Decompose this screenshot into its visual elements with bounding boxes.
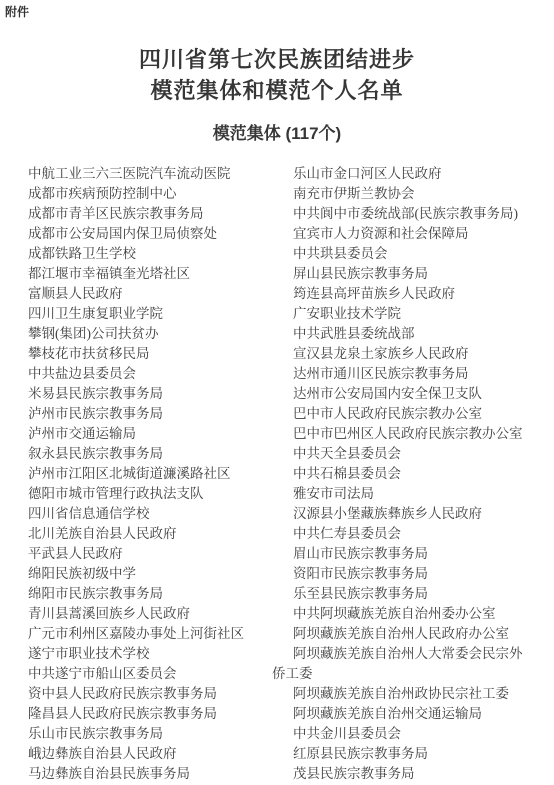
list-item: 雅安市司法局 — [272, 484, 554, 504]
list-item: 峨边彝族自治县人民政府 — [28, 744, 272, 764]
list-item: 成都市公安局国内保卫局侦察处 — [28, 224, 272, 244]
list-item: 屏山县民族宗教事务局 — [272, 264, 554, 284]
list-item: 成都市疾病预防控制中心 — [28, 184, 272, 204]
list-item: 乐山市民族宗教事务局 — [28, 724, 272, 744]
title-line-1: 四川省第七次民族团结进步 — [0, 44, 554, 75]
list-item: 宣汉县龙泉土家族乡人民政府 — [272, 344, 554, 364]
list-item: 中共天全县委员会 — [272, 444, 554, 464]
list-item: 平武县人民政府 — [28, 544, 272, 564]
list-item: 中共盐边县委员会 — [28, 364, 272, 384]
list-item: 中共金川县委员会 — [272, 724, 554, 744]
list-item: 中共阆中市委统战部(民族宗教事务局) — [272, 204, 554, 224]
list-item: 阿坝藏族羌族自治州交通运输局 — [272, 704, 554, 724]
list-item: 绵阳市民族宗教事务局 — [28, 584, 272, 604]
list-item: 绵阳民族初级中学 — [28, 564, 272, 584]
list-item: 广元市利州区嘉陵办事处上河街社区 — [28, 624, 272, 644]
list-item: 资阳市民族宗教事务局 — [272, 564, 554, 584]
list-item: 四川省信息通信学校 — [28, 504, 272, 524]
section-heading: 模范集体 (117个) — [0, 123, 554, 145]
list-item: 德阳市城市管理行政执法支队 — [28, 484, 272, 504]
list-item: 北川羌族自治县人民政府 — [28, 524, 272, 544]
list-item: 马边彝族自治县民族事务局 — [28, 764, 272, 784]
list-item: 遂宁市职业技术学校 — [28, 644, 272, 664]
list-item: 阿坝藏族羌族自治州人大常委会民宗外 — [272, 644, 554, 664]
list-item: 叙永县民族宗教事务局 — [28, 444, 272, 464]
document-page: 附件 四川省第七次民族团结进步 模范集体和模范个人名单 模范集体 (117个) … — [0, 0, 554, 785]
list-item: 攀钢(集团)公司扶贫办 — [28, 324, 272, 344]
list-item: 米易县民族宗教事务局 — [28, 384, 272, 404]
list-item: 汉源县小堡藏族彝族乡人民政府 — [272, 504, 554, 524]
list-item: 侨工委 — [272, 664, 554, 684]
list-item: 达州市通川区民族宗教事务局 — [272, 364, 554, 384]
list-item: 南充市伊斯兰教协会 — [272, 184, 554, 204]
right-column: 乐山市金口河区人民政府南充市伊斯兰教协会中共阆中市委统战部(民族宗教事务局)宜宾… — [272, 164, 554, 784]
list-item: 巴中市人民政府民族宗教办公室 — [272, 404, 554, 424]
list-item: 茂县民族宗教事务局 — [272, 764, 554, 784]
list-item: 中共石棉县委员会 — [272, 464, 554, 484]
list-item: 乐山市金口河区人民政府 — [272, 164, 554, 184]
attachment-label: 附件 — [5, 3, 29, 20]
list-item: 富顺县人民政府 — [28, 284, 272, 304]
list-item: 阿坝藏族羌族自治州政协民宗社工委 — [272, 684, 554, 704]
list-item: 达州市公安局国内安全保卫支队 — [272, 384, 554, 404]
list-item: 四川卫生康复职业学院 — [28, 304, 272, 324]
list-item: 中共武胜县委统战部 — [272, 324, 554, 344]
list-item: 攀枝花市扶贫移民局 — [28, 344, 272, 364]
list-item: 泸州市江阳区北城街道濂溪路社区 — [28, 464, 272, 484]
list-item: 青川县蒿溪回族乡人民政府 — [28, 604, 272, 624]
left-column: 中航工业三六三医院汽车流动医院成都市疾病预防控制中心成都市青羊区民族宗教事务局成… — [28, 164, 272, 784]
list-item: 广安职业技术学院 — [272, 304, 554, 324]
list-item: 泸州市交通运输局 — [28, 424, 272, 444]
list-item: 中共阿坝藏族羌族自治州委办公室 — [272, 604, 554, 624]
list-item: 中共遂宁市船山区委员会 — [28, 664, 272, 684]
document-title: 四川省第七次民族团结进步 模范集体和模范个人名单 — [0, 44, 554, 106]
list-item: 成都市青羊区民族宗教事务局 — [28, 204, 272, 224]
list-item: 中航工业三六三医院汽车流动医院 — [28, 164, 272, 184]
list-item: 乐至县民族宗教事务局 — [272, 584, 554, 604]
list-item: 成都铁路卫生学校 — [28, 244, 272, 264]
list-item: 中共仁寿县委员会 — [272, 524, 554, 544]
list-item: 中共珙县委员会 — [272, 244, 554, 264]
list-item: 巴中市巴州区人民政府民族宗教办公室 — [272, 424, 554, 444]
list-item: 隆昌县人民政府民族宗教事务局 — [28, 704, 272, 724]
list-item: 红原县民族宗教事务局 — [272, 744, 554, 764]
list-item: 资中县人民政府民族宗教事务局 — [28, 684, 272, 704]
list-item: 宜宾市人力资源和社会保障局 — [272, 224, 554, 244]
list-item: 阿坝藏族羌族自治州人民政府办公室 — [272, 624, 554, 644]
list-item: 泸州市民族宗教事务局 — [28, 404, 272, 424]
list-item: 眉山市民族宗教事务局 — [272, 544, 554, 564]
title-line-2: 模范集体和模范个人名单 — [0, 75, 554, 106]
list-item: 都江堰市幸福镇奎光塔社区 — [28, 264, 272, 284]
list-item: 筠连县高坪苗族乡人民政府 — [272, 284, 554, 304]
